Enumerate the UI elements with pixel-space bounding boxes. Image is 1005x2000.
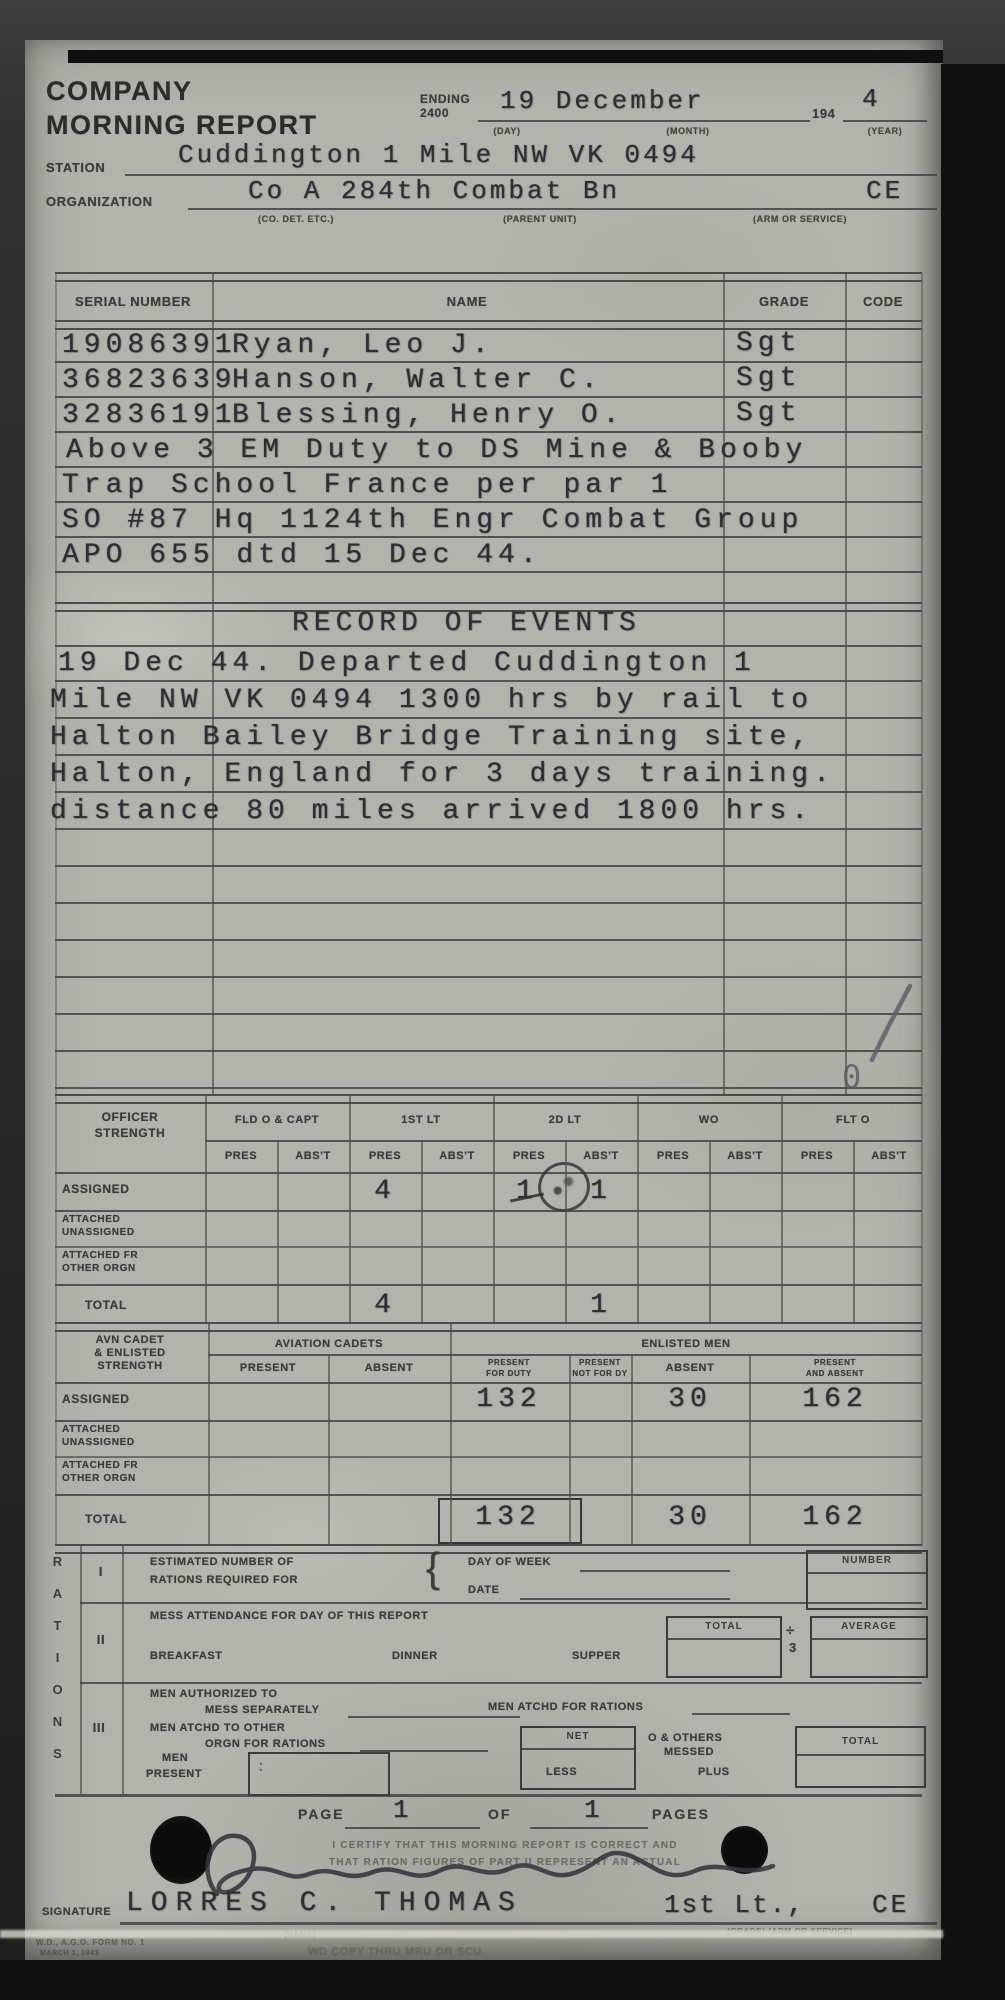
- enlisted-title1: AVN CADET: [96, 1334, 165, 1346]
- enlisted-title3: STRENGTH: [97, 1360, 162, 1372]
- row-attached-unassigned: ATTACHED: [62, 1424, 120, 1435]
- men-atchd-other-label1: MEN ATCHD TO OTHER: [150, 1722, 285, 1734]
- rule: [808, 1572, 926, 1574]
- row-attached-fr2: OTHER ORGN: [62, 1473, 136, 1484]
- form-title-line2: MORNING REPORT: [46, 110, 318, 141]
- col-pfd2: FOR DUTY: [486, 1369, 532, 1378]
- assigned-1lt-pres: 4: [374, 1178, 396, 1206]
- divider: [749, 1354, 751, 1546]
- year-digit: 4: [862, 86, 881, 112]
- rule: [478, 120, 810, 122]
- rule: [348, 1716, 520, 1718]
- scanned-morning-report: COMPANY MORNING REPORT ENDING 2400 19 De…: [0, 0, 1005, 2000]
- rule: [692, 1713, 790, 1715]
- ending-time: 2400: [420, 106, 449, 120]
- rations-est-label2: RATIONS REQUIRED FOR: [150, 1574, 298, 1586]
- rule: [55, 1544, 922, 1554]
- o-others-label1: O & OTHERS: [648, 1732, 722, 1744]
- divider: [55, 1324, 57, 1546]
- col-abst: ABS'T: [439, 1150, 475, 1162]
- rule: [843, 120, 927, 122]
- rule: [188, 208, 937, 210]
- section-numeral-2: II: [97, 1632, 105, 1647]
- col-fld-o-capt: FLD O & CAPT: [235, 1114, 319, 1126]
- assigned-2lt-abst: 1: [590, 1178, 612, 1206]
- net-box: NET: [520, 1726, 636, 1790]
- rule: [668, 1638, 780, 1640]
- col-pa2: AND ABSENT: [806, 1369, 864, 1378]
- handwritten-zero: 0: [842, 1058, 861, 1096]
- rule: [205, 1140, 922, 1142]
- divider: [208, 1324, 210, 1546]
- arm-service-sublabel: (ARM OR SERVICE): [753, 214, 847, 224]
- remark-line: SO #87 Hq 1124th Engr Combat Group: [62, 507, 803, 535]
- rule: [580, 1570, 730, 1572]
- scan-scratch: [0, 1930, 943, 1938]
- total-absent: 30: [668, 1504, 712, 1532]
- officer-strength-title2: STRENGTH: [95, 1126, 166, 1140]
- assigned-2lt-pres-struck: 1: [516, 1178, 538, 1206]
- divider: [80, 1546, 82, 1794]
- rule: [55, 1210, 922, 1212]
- assigned-present-for-duty: 132: [476, 1386, 541, 1414]
- col-1st-lt: 1ST LT: [401, 1114, 440, 1126]
- col-flt-o: FLT O: [836, 1114, 870, 1126]
- scan-bottom-strip: [0, 1960, 1005, 2000]
- men-present-label1: MEN: [162, 1752, 188, 1764]
- col-abst: ABS'T: [583, 1150, 619, 1162]
- day-sublabel: (DAY): [493, 126, 520, 136]
- supper-label: SUPPER: [572, 1650, 621, 1662]
- day-of-week-label: DAY OF WEEK: [468, 1556, 551, 1568]
- divider: [55, 1096, 57, 1324]
- event-line: Halton, England for 3 days training.: [50, 761, 835, 789]
- organization-label: ORGANIZATION: [46, 194, 153, 209]
- signed-name: LORRES C. THOMAS: [126, 1890, 523, 1918]
- divider: [845, 274, 847, 1096]
- rule: [55, 1284, 922, 1286]
- row-attached-unassigned: ATTACHED: [62, 1214, 120, 1225]
- men-atchd-rations-label: MEN ATCHD FOR RATIONS: [488, 1701, 643, 1713]
- col-serial-number: SERIAL NUMBER: [75, 294, 191, 309]
- men-authorized-label2: MESS SEPARATELY: [205, 1704, 320, 1716]
- signer-arm: CE: [872, 1892, 909, 1918]
- col-pres: PRES: [225, 1150, 257, 1162]
- organization-value: Co A 284th Combat Bn: [248, 178, 620, 204]
- officer-strength-title1: OFFICER: [102, 1110, 159, 1124]
- aviation-cadets-header: AVIATION CADETS: [275, 1338, 383, 1350]
- divider: [853, 1142, 855, 1324]
- remark-line: APO 655 dtd 15 Dec 44.: [62, 542, 542, 570]
- col-pnfd1: PRESENT: [579, 1358, 621, 1367]
- mess-total-label: TOTAL: [668, 1621, 780, 1632]
- remark-line: Trap School France per par 1: [62, 472, 672, 500]
- total-present-for-duty: 132: [475, 1504, 540, 1532]
- rations-total-box: TOTAL: [795, 1726, 926, 1788]
- page-label: PAGE: [298, 1806, 345, 1822]
- rule: [120, 1922, 937, 1925]
- pages-number: 1: [584, 1797, 603, 1823]
- col-pnfd2: NOT FOR DY: [572, 1369, 627, 1378]
- divider: [122, 1546, 124, 1794]
- date-value: 19 December: [500, 88, 705, 114]
- row-attached-fr: ATTACHED FR: [62, 1460, 138, 1471]
- divider: [631, 1354, 633, 1546]
- assigned-absent: 30: [668, 1386, 712, 1414]
- station-label: STATION: [46, 160, 105, 175]
- scan-right-strip: [941, 64, 1005, 2000]
- brace-glyph: {: [426, 1544, 441, 1592]
- rule: [55, 1494, 922, 1496]
- serial-number: 19086391: [62, 332, 236, 360]
- scan-top-bar: [68, 50, 943, 63]
- rations-vertical-label: RATIONS: [50, 1554, 65, 1799]
- col-pres: PRES: [657, 1150, 689, 1162]
- row-attached-unassigned2: UNASSIGNED: [62, 1227, 135, 1238]
- divide-sign: ÷: [786, 1622, 795, 1639]
- rule: [812, 1638, 926, 1640]
- grade-value: Sgt: [736, 330, 801, 358]
- divider: [569, 1354, 571, 1546]
- col-abst: ABS'T: [871, 1150, 907, 1162]
- arm-service-value: CE: [866, 178, 903, 204]
- row-attached-unassigned2: UNASSIGNED: [62, 1437, 135, 1448]
- average-label: AVERAGE: [812, 1621, 926, 1632]
- plus-label: PLUS: [698, 1766, 730, 1778]
- serial-number: 32836191: [62, 402, 236, 430]
- divider: [781, 1096, 783, 1324]
- soldier-name: Ryan, Leo J.: [232, 332, 494, 360]
- rations-total-label: TOTAL: [797, 1736, 924, 1747]
- divider: [921, 1096, 923, 1324]
- o-others-label2: MESSED: [664, 1746, 714, 1758]
- month-sublabel: (MONTH): [666, 126, 709, 136]
- col-pres: PRES: [801, 1150, 833, 1162]
- signature-label: SIGNATURE: [42, 1906, 111, 1918]
- col-em-absent: ABSENT: [666, 1362, 715, 1374]
- mess-attendance-label: MESS ATTENDANCE FOR DAY OF THIS REPORT: [150, 1610, 428, 1622]
- grade-value: Sgt: [736, 365, 801, 393]
- number-box-label: NUMBER: [808, 1555, 926, 1566]
- event-line: Mile NW VK 0494 1300 hrs by rail to: [50, 687, 813, 715]
- record-of-events-title: RECORD OF EVENTS: [292, 610, 641, 638]
- col-pa1: PRESENT: [814, 1358, 856, 1367]
- enlisted-title2: & ENLISTED: [94, 1347, 165, 1359]
- divide-three: 3: [789, 1640, 797, 1655]
- total-present-and-absent: 162: [802, 1504, 867, 1532]
- col-av-present: PRESENT: [240, 1362, 296, 1374]
- row-assigned: ASSIGNED: [62, 1182, 129, 1196]
- rule: [55, 1456, 922, 1458]
- col-av-absent: ABSENT: [365, 1362, 414, 1374]
- section-numeral-3: III: [93, 1720, 106, 1735]
- rule: [55, 272, 922, 282]
- event-line: Halton Bailey Bridge Training site,: [50, 724, 813, 752]
- less-label: LESS: [546, 1766, 577, 1778]
- net-label: NET: [522, 1731, 634, 1742]
- col-abst: ABS'T: [727, 1150, 763, 1162]
- section-numeral-1: I: [99, 1564, 103, 1579]
- divider: [450, 1324, 452, 1546]
- rule: [55, 1794, 922, 1797]
- station-value: Cuddington 1 Mile NW VK 0494: [178, 142, 699, 168]
- divider: [493, 1096, 495, 1324]
- event-line: distance 80 miles arrived 1800 hrs.: [50, 798, 813, 826]
- col-grade: GRADE: [759, 294, 809, 309]
- grade-value: Sgt: [736, 400, 801, 428]
- col-pres: PRES: [513, 1150, 545, 1162]
- signer-grade: 1st Lt.,: [664, 1892, 805, 1918]
- divider: [421, 1142, 423, 1324]
- date-label: DATE: [468, 1584, 500, 1596]
- men-authorized-label1: MEN AUTHORIZED TO: [150, 1688, 278, 1700]
- rule: [55, 1094, 922, 1104]
- row-assigned: ASSIGNED: [62, 1392, 129, 1406]
- divider: [921, 274, 923, 1096]
- divider: [565, 1142, 567, 1324]
- men-atchd-other-label2: ORGN FOR RATIONS: [205, 1738, 326, 1750]
- year-sublabel: (YEAR): [868, 126, 903, 136]
- handwritten-slash-mark: [860, 980, 920, 1065]
- mess-total-box: TOTAL: [666, 1616, 782, 1678]
- pages-label: PAGES: [652, 1806, 710, 1822]
- col-code: CODE: [863, 294, 903, 309]
- form-number: W.D., A.G.O. FORM NO. 1: [36, 1938, 145, 1947]
- page-number: 1: [393, 1797, 412, 1823]
- divider: [328, 1354, 330, 1546]
- divider: [921, 1324, 923, 1546]
- divider: [277, 1142, 279, 1324]
- divider: [637, 1096, 639, 1324]
- rule: [55, 1420, 922, 1422]
- row-attached-fr2: OTHER ORGN: [62, 1263, 136, 1274]
- divider: [349, 1096, 351, 1324]
- form-title-line1: COMPANY: [46, 76, 193, 107]
- ending-label: ENDING: [420, 92, 470, 106]
- form-date: MARCH 1, 1943: [40, 1950, 99, 1957]
- divider: [205, 1096, 207, 1324]
- of-label: OF: [488, 1806, 511, 1822]
- enlisted-men-header: ENLISTED MEN: [641, 1338, 730, 1350]
- divider: [709, 1142, 711, 1324]
- col-name: NAME: [447, 294, 488, 309]
- men-present-label2: PRESENT: [146, 1768, 202, 1780]
- rations-est-label1: ESTIMATED NUMBER OF: [150, 1556, 294, 1568]
- event-line: 19 Dec 44. Departed Cuddington 1: [58, 650, 756, 678]
- rule: [522, 1748, 634, 1750]
- row-total: TOTAL: [85, 1512, 127, 1526]
- dinner-label: DINNER: [392, 1650, 438, 1662]
- rule: [55, 1246, 922, 1248]
- rule: [80, 1602, 922, 1604]
- col-pfd1: PRESENT: [488, 1358, 530, 1367]
- row-attached-fr: ATTACHED FR: [62, 1250, 138, 1261]
- remark-line: Above 3 EM Duty to DS Mine & Booby: [66, 437, 807, 465]
- rule: [797, 1754, 924, 1756]
- handwritten-mark: :: [256, 1756, 266, 1775]
- soldier-name: Hanson, Walter C.: [232, 367, 603, 395]
- soldier-name: Blessing, Henry O.: [232, 402, 624, 430]
- rule: [520, 1598, 730, 1600]
- row-total: TOTAL: [85, 1298, 127, 1312]
- col-wo: WO: [699, 1114, 719, 1126]
- breakfast-label: BREAKFAST: [150, 1650, 223, 1662]
- year-prefix: 194: [812, 106, 836, 121]
- total-1lt-pres: 4: [374, 1292, 396, 1320]
- total-2lt-abst: 1: [590, 1292, 612, 1320]
- rule: [450, 1354, 922, 1356]
- rule: [55, 1172, 922, 1174]
- assigned-present-and-absent: 162: [802, 1386, 867, 1414]
- col-2d-lt: 2D LT: [549, 1114, 582, 1126]
- average-box: AVERAGE: [810, 1616, 928, 1678]
- number-box: NUMBER: [806, 1550, 928, 1610]
- copy-note: WD COPY THRU MRU OR SCU: [308, 1946, 482, 1958]
- serial-number: 36823639: [62, 367, 236, 395]
- parent-unit-sublabel: (PARENT UNIT): [503, 214, 577, 224]
- co-det-sublabel: (CO. DET. ETC.): [258, 214, 334, 224]
- men-present-box: :: [248, 1752, 390, 1796]
- rule: [55, 1322, 922, 1332]
- rule: [80, 1682, 922, 1684]
- col-pres: PRES: [369, 1150, 401, 1162]
- col-abst: ABS'T: [295, 1150, 331, 1162]
